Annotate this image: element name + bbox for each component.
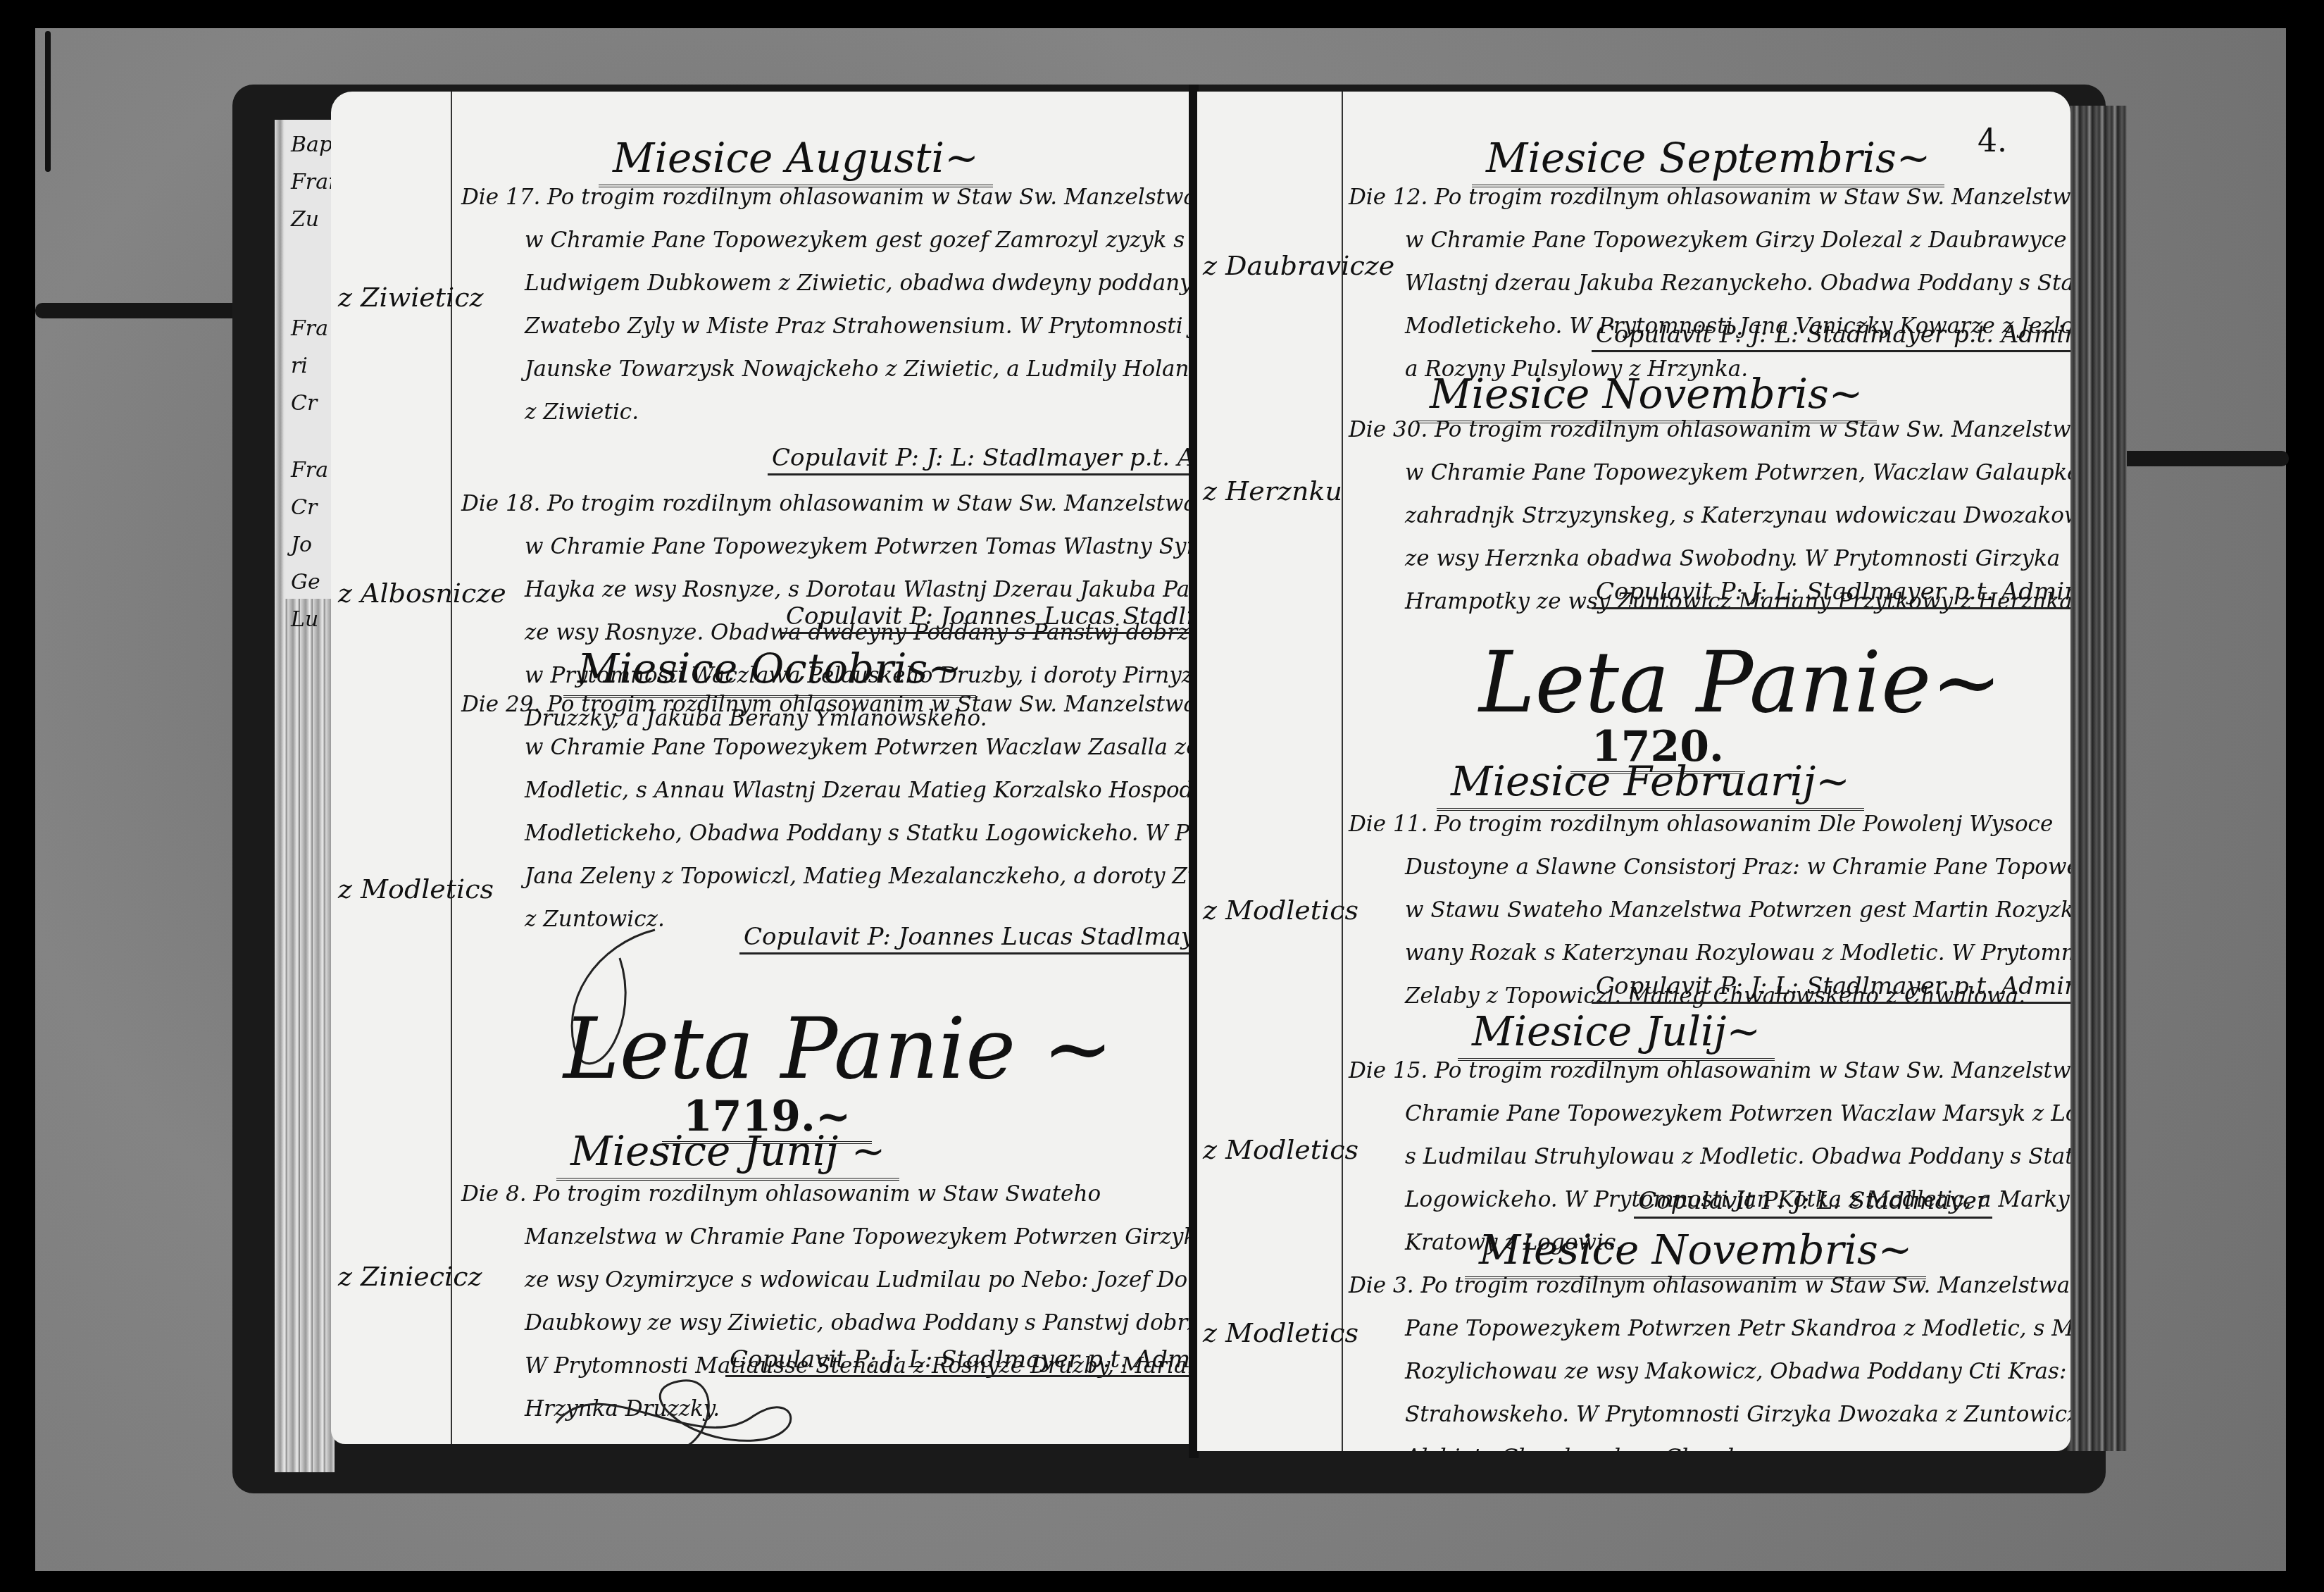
entry-line: Jaunske Towarzysk Nowajckeho z Ziwietic,… [461,348,1197,391]
register-entry: Die 17. Po trogim rozdilnym ohlasowanim … [461,176,1197,434]
entry-line: Die 30. Po trogim rozdilnym ohlasowanim … [1349,409,2070,452]
strip-text: Cr [291,495,331,520]
register-entry: Die 3. Po trogim rozdilnym ohlasowanim w… [1349,1264,2070,1451]
margin-place: z Herznku [1203,475,1342,506]
entry-line: Modletic, s Annau Wlastnj Dzerau Matieg … [461,769,1197,812]
entry-line: Die 12. Po trogim rozdilnym ohlasowanim … [1349,176,2070,219]
entry-line: Chramie Pane Topowezykem Potwrzen Waczla… [1349,1093,2070,1136]
entry-line: s Ludmilau Struhylowau z Modletic. Obadw… [1349,1136,2070,1179]
entry-line: w Chramie Pane Topowezykem Potwrzen Toma… [461,526,1197,568]
previous-page-strip: Bap Fran Zu Fra ri Cr Fra Cr Jo Ge Lu [285,120,331,599]
entry-line: Wlastnj dzerau Jakuba Rezanyckeho. Obadw… [1349,262,2070,305]
entry-line: zahradnjk Strzyzynskeg, s Katerzynau wdo… [1349,495,2070,537]
strip-text: Jo [291,533,331,557]
entry-line: Die 8. Po trogim rozdilnym ohlasowanim w… [461,1173,1197,1216]
priest-signature: Copulavit P: J: L: Stadlmayer p.t. Admin… [1592,972,2070,1004]
entry-line: w Chramie Pane Topowezykem gest gozef Za… [461,219,1197,262]
entry-line: Die 17. Po trogim rozdilnym ohlasowanim … [461,176,1197,219]
priest-signature: Copulavit P: Joannes Lucas Stadlmayer [739,923,1197,954]
strip-text: Ge [291,570,331,595]
left-page: Miesice Augusti~ z Ziwieticz Die 17. Po … [331,92,1197,1444]
priest-signature: Copulavit P: J: L: Stadlmayer p.t. Admin… [725,1345,1197,1377]
entry-line: Die 3. Po trogim rozdilnym ohlasowanim w… [1349,1264,2070,1307]
entry-line: w Chramie Pane Topowezykem Potwrzen Wacz… [461,726,1197,769]
priest-signature: Copulavit P: Joannes Lucas Stadlmayer [782,602,1197,634]
entry-line: Die 15. Po trogim rozdilnym ohlasowanim … [1349,1050,2070,1093]
strip-text: Zu [291,207,331,232]
entry-line: Pane Topowezykem Potwrzen Petr Skandroa … [1349,1307,2070,1350]
right-page: 4. Miesice Septembris~ z Daubravicze Die… [1197,92,2070,1451]
register-entry: Die 29. Po trogim rozdilnym ohlasowanim … [461,683,1197,941]
entry-line: w Stawu Swateho Manzelstwa Potwrzen gest… [1349,889,2070,932]
entry-line: wany Rozak s Katerzynau Rozylowau z Modl… [1349,932,2070,975]
cover-edge-mark [45,31,51,172]
entry-line: ze wsy Herznka obadwa Swobodny. W Prytom… [1349,537,2070,580]
priest-signature: Copulavit P: J: L: Stadlmayer p.t. Admin… [1592,578,2070,609]
margin-place: z Modletics [1203,1134,1358,1165]
entry-line: Strahowskeho. W Prytomnosti Girzyka Dwoz… [1349,1393,2070,1436]
entry-line: Rozylichowau ze wsy Makowicz, Obadwa Pod… [1349,1350,2070,1393]
entry-line: Zwatebo Zyly w Miste Praz Strahowensium.… [461,305,1197,348]
entry-line: Manzelstwa w Chramie Pane Topowezykem Po… [461,1216,1197,1259]
entry-line: w Chramie Pane Topowezykem Potwrzen, Wac… [1349,452,2070,495]
priest-signature: Copulavit P: J: L: Stadlmayer p.t. Admin… [1592,321,2070,352]
strip-text: Fra [291,458,331,483]
entry-line: Die 11. Po trogim rozdilnym ohlasowanim … [1349,803,2070,846]
strip-text: Bap [291,132,331,157]
register-entry: Die 12. Po trogim rozdilnym ohlasowanim … [1349,176,2070,391]
margin-place: z Ziniecicz [338,1261,482,1292]
entry-line: Ludwigem Dubkowem z Ziwietic, obadwa dwd… [461,262,1197,305]
entry-line: z Ziwietic. [461,391,1197,434]
year-title: Leta Panie~ [1479,634,2002,732]
entry-line: Die 29. Po trogim rozdilnym ohlasowanim … [461,683,1197,726]
year-title: Leta Panie ~ [563,1000,1113,1098]
entry-line: Alzbiety Chwalowsky z Chwalowa. [1349,1436,2070,1451]
priest-signature: Copulavit P: J: L: Stadlmayer [1634,1187,1992,1219]
page-number: 4. [1978,123,2007,159]
margin-place: z Modletics [1203,1317,1358,1348]
entry-line: Daubkowy ze wsy Ziwietic, obadwa Poddany… [461,1302,1197,1345]
margin-place: z Modletics [1203,895,1358,926]
entry-line: Die 18. Po trogim rozdilnym ohlasowanim … [461,483,1197,526]
margin-rule [1342,92,1343,1451]
right-page-stack [2067,106,2127,1451]
strip-text: ri [291,354,331,378]
closing-flourish-icon [542,1374,838,1444]
entry-line: Dustoyne a Slawne Consistorj Praz: w Chr… [1349,846,2070,889]
entry-line: Jana Zeleny z Topowiczl, Matieg Mezalanc… [461,855,1197,898]
entry-line: ze wsy Ozymirzyce s wdowicau Ludmilau po… [461,1259,1197,1302]
strip-text: Lu [291,607,331,632]
strip-text: Fra [291,316,331,341]
strip-text: Cr [291,391,331,416]
entry-line: Modletickeho, Obadwa Poddany s Statku Lo… [461,812,1197,855]
strip-text: Fran [291,170,331,194]
priest-signature: Copulavit P: J: L: Stadlmayer p.t. Admin… [768,444,1197,475]
entry-line: w Chramie Pane Topowezykem Girzy Dolezal… [1349,219,2070,262]
